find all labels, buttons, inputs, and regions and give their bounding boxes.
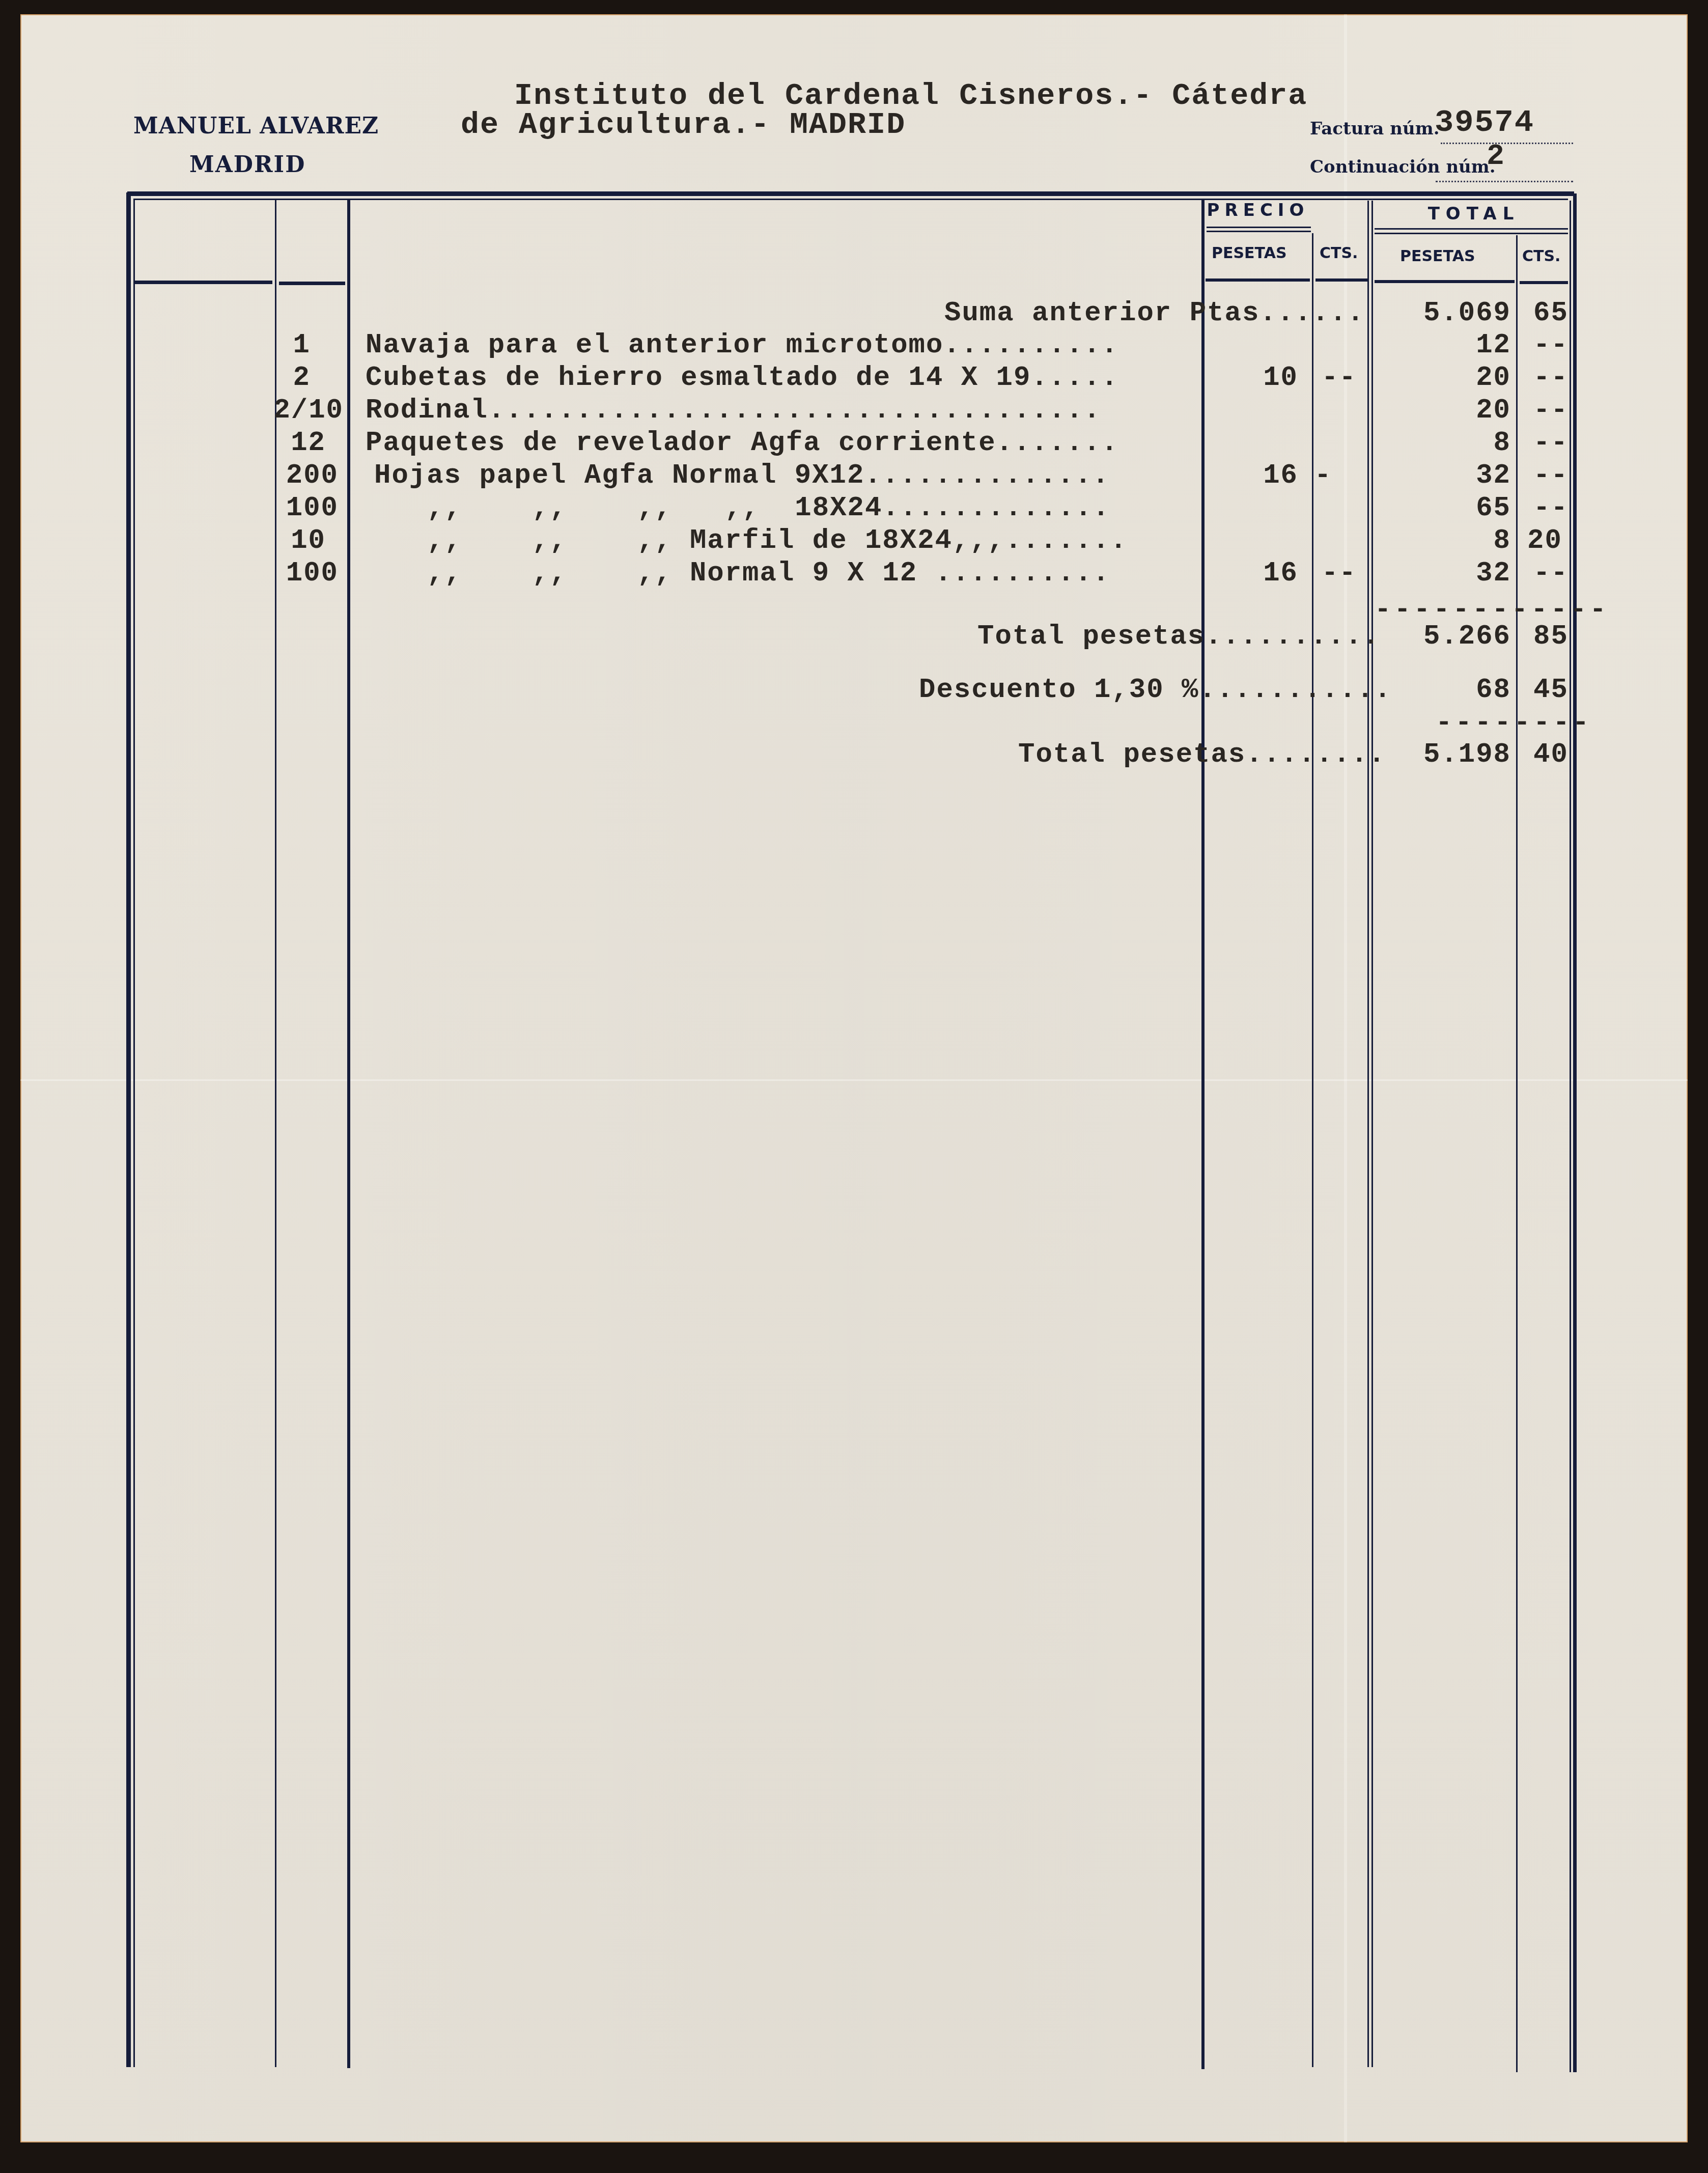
item-qty: 100: [255, 493, 339, 524]
total-underline-2: [1375, 233, 1568, 234]
item-qty: 2/10: [255, 395, 344, 427]
subtotal-total-cts: 85: [1533, 621, 1569, 653]
grand-total-cts: 40: [1533, 739, 1569, 771]
table-right-inner-border: [1570, 201, 1571, 2072]
vendor-city: MADRID: [189, 152, 305, 178]
item-precio-pesetas: 16: [1207, 558, 1298, 590]
qty2-header-rule: [279, 282, 345, 285]
discount-total-pesetas: 68: [1375, 675, 1511, 706]
table-top-border: [127, 191, 1574, 196]
item-description: Rodinal.................................…: [366, 395, 1101, 427]
item-qty: 1: [255, 330, 311, 361]
discount-label: Descuento 1,30 %...........: [919, 675, 1392, 706]
item-description: ,, ,, ,, Marfil de 18X24,,,.......: [392, 525, 1128, 557]
paper-fold-vertical: [1344, 14, 1347, 2142]
item-total-pesetas: 65: [1375, 493, 1511, 524]
col-divider-total-cts: [1516, 235, 1518, 2072]
item-qty: 100: [255, 558, 339, 590]
continuacion-dotted-line: [1436, 181, 1573, 182]
item-description: Paquetes de revelador Agfa corriente....…: [366, 428, 1118, 459]
discount-total-cts: 45: [1533, 675, 1569, 706]
precio-underline-2: [1207, 231, 1311, 232]
item-description: ,, ,, ,, ,, 18X24.............: [392, 493, 1110, 524]
item-total-pesetas: 32: [1375, 460, 1511, 492]
factura-number: 39574: [1435, 104, 1534, 141]
item-precio-pesetas: 16: [1207, 460, 1298, 492]
carried-forward-label: Suma anterior Ptas......: [944, 298, 1365, 329]
header-total-cts: CTS.: [1522, 247, 1560, 265]
grand-total-rule: --------: [1436, 708, 1592, 739]
item-description: ,, ,, ,, Normal 9 X 12 ..........: [392, 558, 1110, 590]
item-total-pesetas: 12: [1375, 330, 1511, 361]
item-total-pesetas: 20: [1375, 395, 1511, 427]
grand-total-pesetas: 5.198: [1375, 739, 1511, 771]
table-left-inner-border: [133, 200, 135, 2067]
item-total-cts: --: [1533, 493, 1569, 524]
table-right-border: [1573, 193, 1577, 2072]
item-precio-pesetas: 10: [1207, 363, 1298, 394]
factura-dotted-line: [1441, 143, 1573, 144]
item-precio-cts: --: [1322, 363, 1357, 394]
client-line-2: de Agricultura.- MADRID: [461, 108, 906, 143]
item-total-pesetas: 32: [1375, 558, 1511, 590]
item-qty: 10: [255, 525, 326, 557]
total-cts-header-rule: [1520, 281, 1568, 284]
continuacion-label: Continuación núm.: [1310, 157, 1496, 177]
precio-pesetas-header-rule: [1206, 278, 1310, 282]
col-divider-precio-cts: [1312, 233, 1313, 2067]
header-precio: PRECIO: [1205, 200, 1311, 220]
col-divider-total-b: [1371, 201, 1373, 2067]
item-description: Cubetas de hierro esmaltado de 14 X 19..…: [366, 363, 1118, 394]
total-pesetas-header-rule: [1375, 280, 1515, 283]
factura-label: Factura núm.: [1310, 119, 1439, 139]
subtotal-total-pesetas: 5.266: [1375, 621, 1511, 653]
item-qty: 12: [255, 428, 326, 459]
item-description: Navaja para el anterior microtomo.......…: [366, 330, 1118, 361]
item-total-cts: --: [1533, 395, 1569, 427]
item-total-pesetas: 20: [1375, 363, 1511, 394]
header-precio-pesetas: PESETAS: [1212, 244, 1287, 262]
precio-underline-1: [1207, 227, 1311, 228]
header-precio-cts: CTS.: [1320, 244, 1358, 262]
item-total-pesetas: 8: [1375, 428, 1511, 459]
item-qty: 2: [255, 363, 311, 394]
grand-total-label: Total pesetas........: [1018, 739, 1386, 771]
item-total-pesetas: 8: [1375, 525, 1511, 557]
item-total-cts: --: [1533, 363, 1569, 394]
col-divider-precio: [1201, 200, 1205, 2069]
col-divider-total-a: [1367, 201, 1369, 2067]
qty-header-rule: [135, 281, 272, 284]
paper-fold-horizontal: [20, 1079, 1688, 1081]
vendor-name: MANUEL ALVAREZ: [133, 113, 379, 139]
item-total-cts: --: [1533, 558, 1569, 590]
table-left-border: [126, 192, 131, 2067]
item-precio-cts: --: [1322, 558, 1357, 590]
continuacion-number: 2: [1487, 140, 1505, 173]
item-precio-cts: -: [1314, 460, 1332, 492]
header-total-pesetas: PESETAS: [1400, 247, 1475, 265]
col-divider-description: [347, 200, 350, 2068]
item-total-cts: 20: [1527, 525, 1562, 557]
item-total-cts: --: [1533, 428, 1569, 459]
carried-forward-total-cts: 65: [1533, 298, 1569, 329]
item-qty: 200: [255, 460, 339, 492]
item-total-cts: --: [1533, 460, 1569, 492]
item-description: Hojas papel Agfa Normal 9X12............…: [374, 460, 1110, 492]
precio-cts-header-rule: [1315, 278, 1367, 282]
subtotal-label: Total pesetas..........: [977, 621, 1380, 653]
item-total-cts: --: [1533, 330, 1569, 361]
carried-forward-total-pesetas: 5.069: [1375, 298, 1511, 329]
total-underline-1: [1375, 228, 1568, 230]
header-total: TOTAL: [1375, 204, 1573, 224]
